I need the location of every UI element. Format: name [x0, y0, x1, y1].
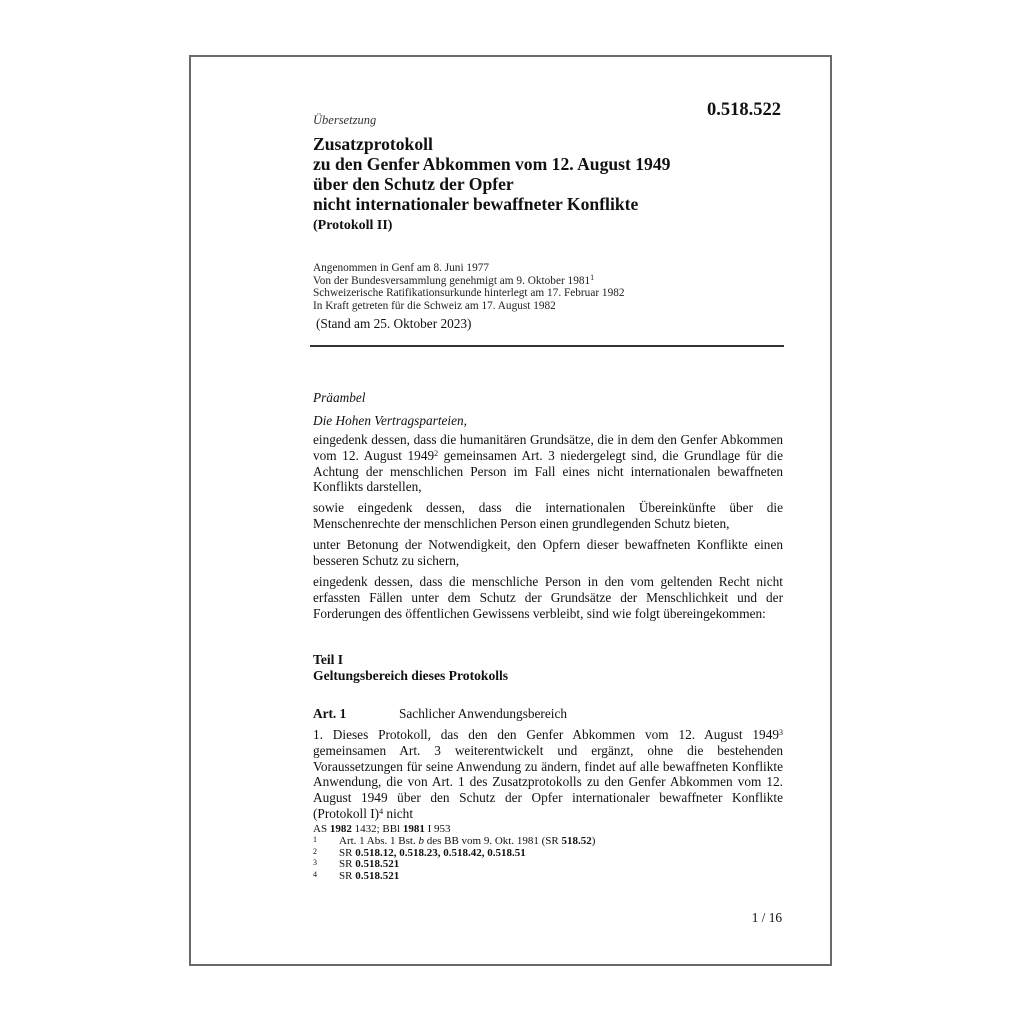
preamble-paragraph: sowie eingedenk dessen, dass die interna… — [313, 500, 783, 532]
footnote-item: 4 SR 0.518.521 — [313, 871, 783, 883]
article-title: Sachlicher Anwendungsbereich — [399, 706, 567, 722]
sr-link[interactable]: 0.518.521 — [355, 870, 399, 882]
part-number: Teil I — [313, 652, 783, 668]
document-title: Zusatzprotokoll zu den Genfer Abkommen v… — [313, 134, 783, 214]
preamble-heading: Präambel — [313, 390, 783, 406]
header-divider — [310, 345, 784, 347]
article-number: Art. 1 — [313, 706, 346, 722]
adopted-date: Angenommen in Genf am 8. Juni 1977 — [313, 262, 783, 275]
approved-date: Von der Bundesversammlung genehmigt am 9… — [313, 275, 783, 288]
footnote-ref[interactable]: 1 — [590, 273, 594, 282]
part-title: Geltungsbereich dieses Protokolls — [313, 668, 783, 684]
title-line: über den Schutz der Opfer — [313, 174, 783, 194]
article-paragraph: 1. Dieses Protokoll, das den den Genfer … — [313, 727, 783, 822]
preamble-parties: Die Hohen Vertragsparteien, — [313, 413, 783, 429]
footnote-source: AS 1982 1432; BBl 1981 I 953 — [313, 823, 783, 835]
part-heading: Teil I Geltungsbereich dieses Protokolls — [313, 652, 783, 684]
sr-number: 0.518.522 — [707, 100, 781, 121]
sr-link[interactable]: 518.52 — [561, 835, 591, 847]
title-line: nicht internationaler bewaffneter Konfli… — [313, 194, 783, 214]
preamble-paragraph: unter Betonung der Notwendigkeit, den Op… — [313, 537, 783, 569]
document-subtitle: (Protokoll II) — [313, 218, 783, 234]
footnote-list: 1 Art. 1 Abs. 1 Bst. b des BB vom 9. Okt… — [313, 836, 783, 882]
translation-label: Übersetzung — [313, 113, 376, 128]
in-force-date: In Kraft getreten für die Schweiz am 17.… — [313, 300, 783, 313]
title-line: zu den Genfer Abkommen vom 12. August 19… — [313, 154, 783, 174]
ratified-date: Schweizerische Ratifikationsurkunde hint… — [313, 287, 783, 300]
footnote-ref[interactable]: 3 — [779, 728, 783, 737]
sr-link[interactable]: 0.518.521 — [355, 858, 399, 870]
page-number: 1 / 16 — [752, 910, 782, 926]
title-line: Zusatzprotokoll — [313, 134, 783, 154]
document-metadata: Angenommen in Genf am 8. Juni 1977 Von d… — [313, 262, 783, 312]
preamble-paragraph: eingedenk dessen, dass die humanitären G… — [313, 432, 783, 495]
status-date: (Stand am 25. Oktober 2023) — [316, 316, 471, 332]
preamble-paragraph: eingedenk dessen, dass die menschliche P… — [313, 574, 783, 621]
sr-link[interactable]: 0.518.12, 0.518.23, 0.518.42, 0.518.51 — [355, 847, 526, 859]
